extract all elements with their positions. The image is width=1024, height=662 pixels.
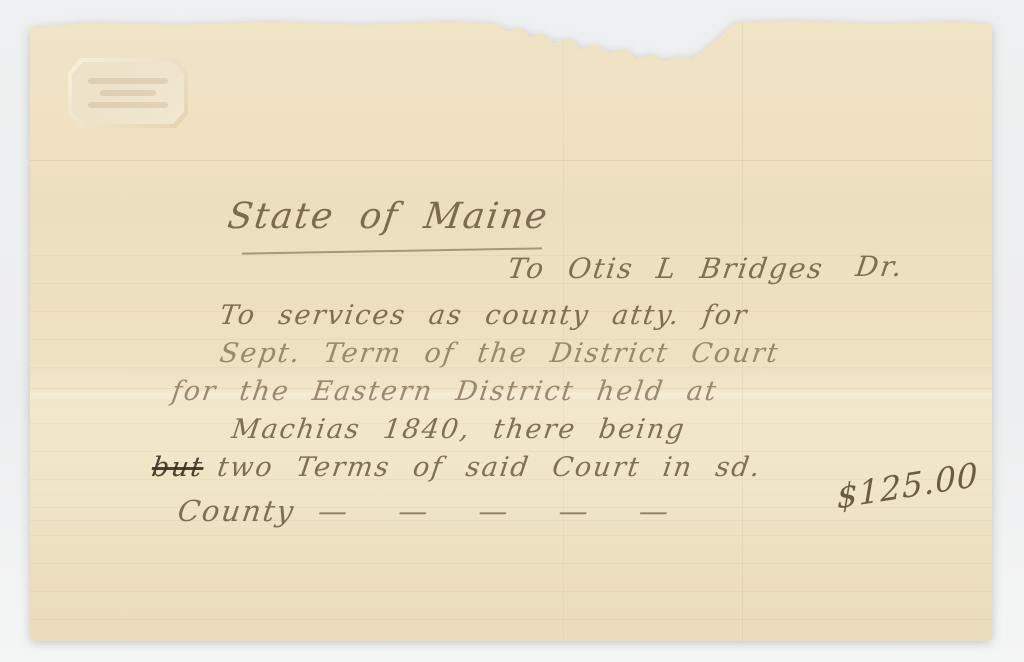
- document-title: State of Maine: [225, 196, 551, 237]
- body-line-5-text: two Terms of said Court in sd.: [215, 452, 763, 483]
- body-line-5: buttwo Terms of said Court in sd.: [150, 452, 764, 483]
- ledger-abbreviation: Dr.: [854, 250, 906, 283]
- fill-dashes: — — — — —: [316, 494, 679, 528]
- embossed-seal-text-row: [88, 78, 169, 84]
- manuscript-paper: State of Maine To Otis L Bridges Dr. To …: [30, 18, 992, 641]
- body-line-6-text: County: [176, 494, 298, 528]
- fold-crease-horizontal: [30, 160, 992, 161]
- document-scan: State of Maine To Otis L Bridges Dr. To …: [0, 0, 1024, 662]
- embossed-seal: [68, 58, 188, 128]
- addressee-line: To Otis L Bridges: [506, 252, 827, 285]
- body-line-2: Sept. Term of the District Court: [218, 338, 782, 369]
- body-line-3: for the Eastern District held at: [170, 376, 720, 407]
- struck-out-word: but: [150, 452, 206, 483]
- embossed-seal-face: [72, 62, 184, 124]
- embossed-seal-text-row: [100, 90, 156, 96]
- body-line-6: County — — — — —: [176, 494, 679, 528]
- body-line-4: Machias 1840, there being: [230, 414, 688, 445]
- body-line-1: To services as county atty. for: [218, 300, 750, 331]
- embossed-seal-text-row: [88, 102, 169, 108]
